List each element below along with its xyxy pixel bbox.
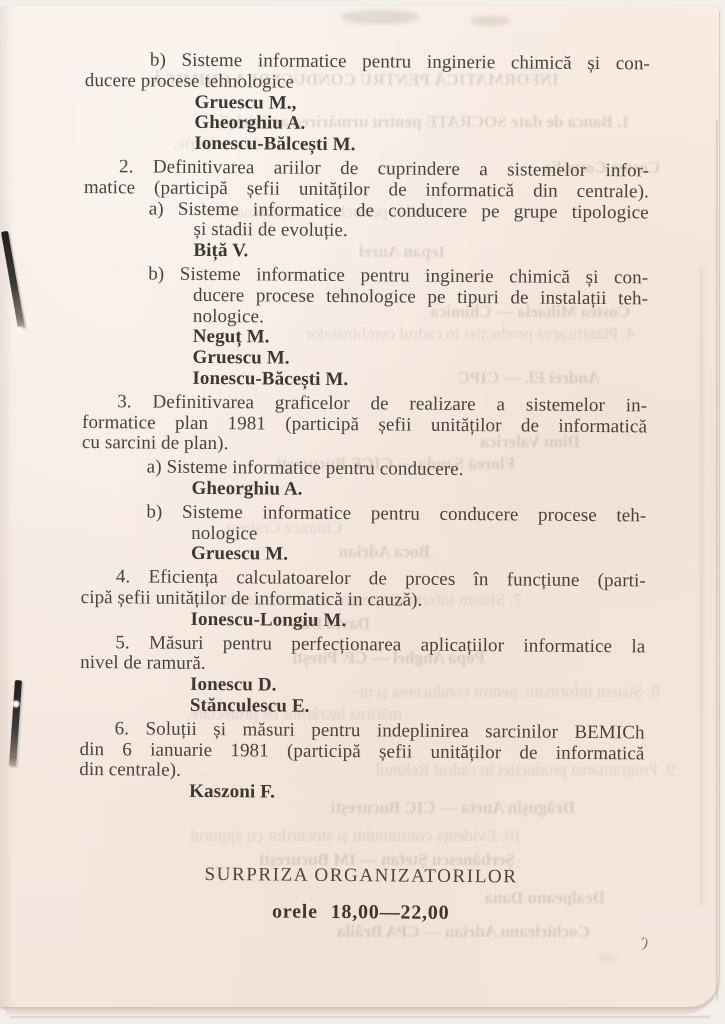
page-edge-right xyxy=(716,120,718,1000)
staple-hole xyxy=(16,326,24,334)
text-line: b) Sisteme informatice pentru conducere … xyxy=(81,502,646,527)
footer-hours: orele 18,00—22,00 xyxy=(78,899,643,925)
page-crease xyxy=(700,266,703,906)
text-line: cipă șefii unităților de informatică in … xyxy=(81,588,646,613)
footer-title: SURPRIZA ORGANIZATORILOR xyxy=(78,863,643,888)
text-line: b) Sisteme informatice pentru inginerie … xyxy=(83,264,648,289)
text-line: a) Sisteme informatice de conducere pe g… xyxy=(84,199,649,224)
text-line: a) Sisteme informatice pentru conducere. xyxy=(82,457,647,482)
participant-name: Kaszoni F. xyxy=(79,781,644,806)
participant-name: Ionescu-Longiu M. xyxy=(80,609,645,634)
text-line: ducere procese tehnologice xyxy=(85,71,650,96)
participant-name: Gruescu M. xyxy=(81,543,646,568)
participant-name: Stănculescu E. xyxy=(80,695,645,720)
scan-smudge xyxy=(470,16,510,26)
stray-ink-mark: ʹ) xyxy=(638,935,650,953)
participant-name: Gheorghiu A. xyxy=(81,478,646,503)
scan-smudge xyxy=(340,10,420,24)
printed-text-block: b) Sisteme informatice pentru inginerie … xyxy=(78,50,650,925)
participant-name: Ionescu-Băcești M. xyxy=(82,368,647,393)
bleed-through-line: Cochirleanu Adrian — CPA Brăila xyxy=(245,922,590,941)
participant-name: Biță V. xyxy=(83,240,648,265)
page-edge-bottom xyxy=(10,1016,710,1018)
scanned-booklet-page: INFORMATICĂ PENTRU CONDUCEREA CHIMICĂ 1.… xyxy=(0,0,725,1024)
participant-name: Ionescu-Bălcești M. xyxy=(84,133,649,158)
paper-page: INFORMATICĂ PENTRU CONDUCEREA CHIMICĂ 1.… xyxy=(0,6,719,1007)
left-edge-shade xyxy=(0,6,14,1007)
scan-smudge xyxy=(598,954,616,962)
staple-hole xyxy=(12,700,20,708)
